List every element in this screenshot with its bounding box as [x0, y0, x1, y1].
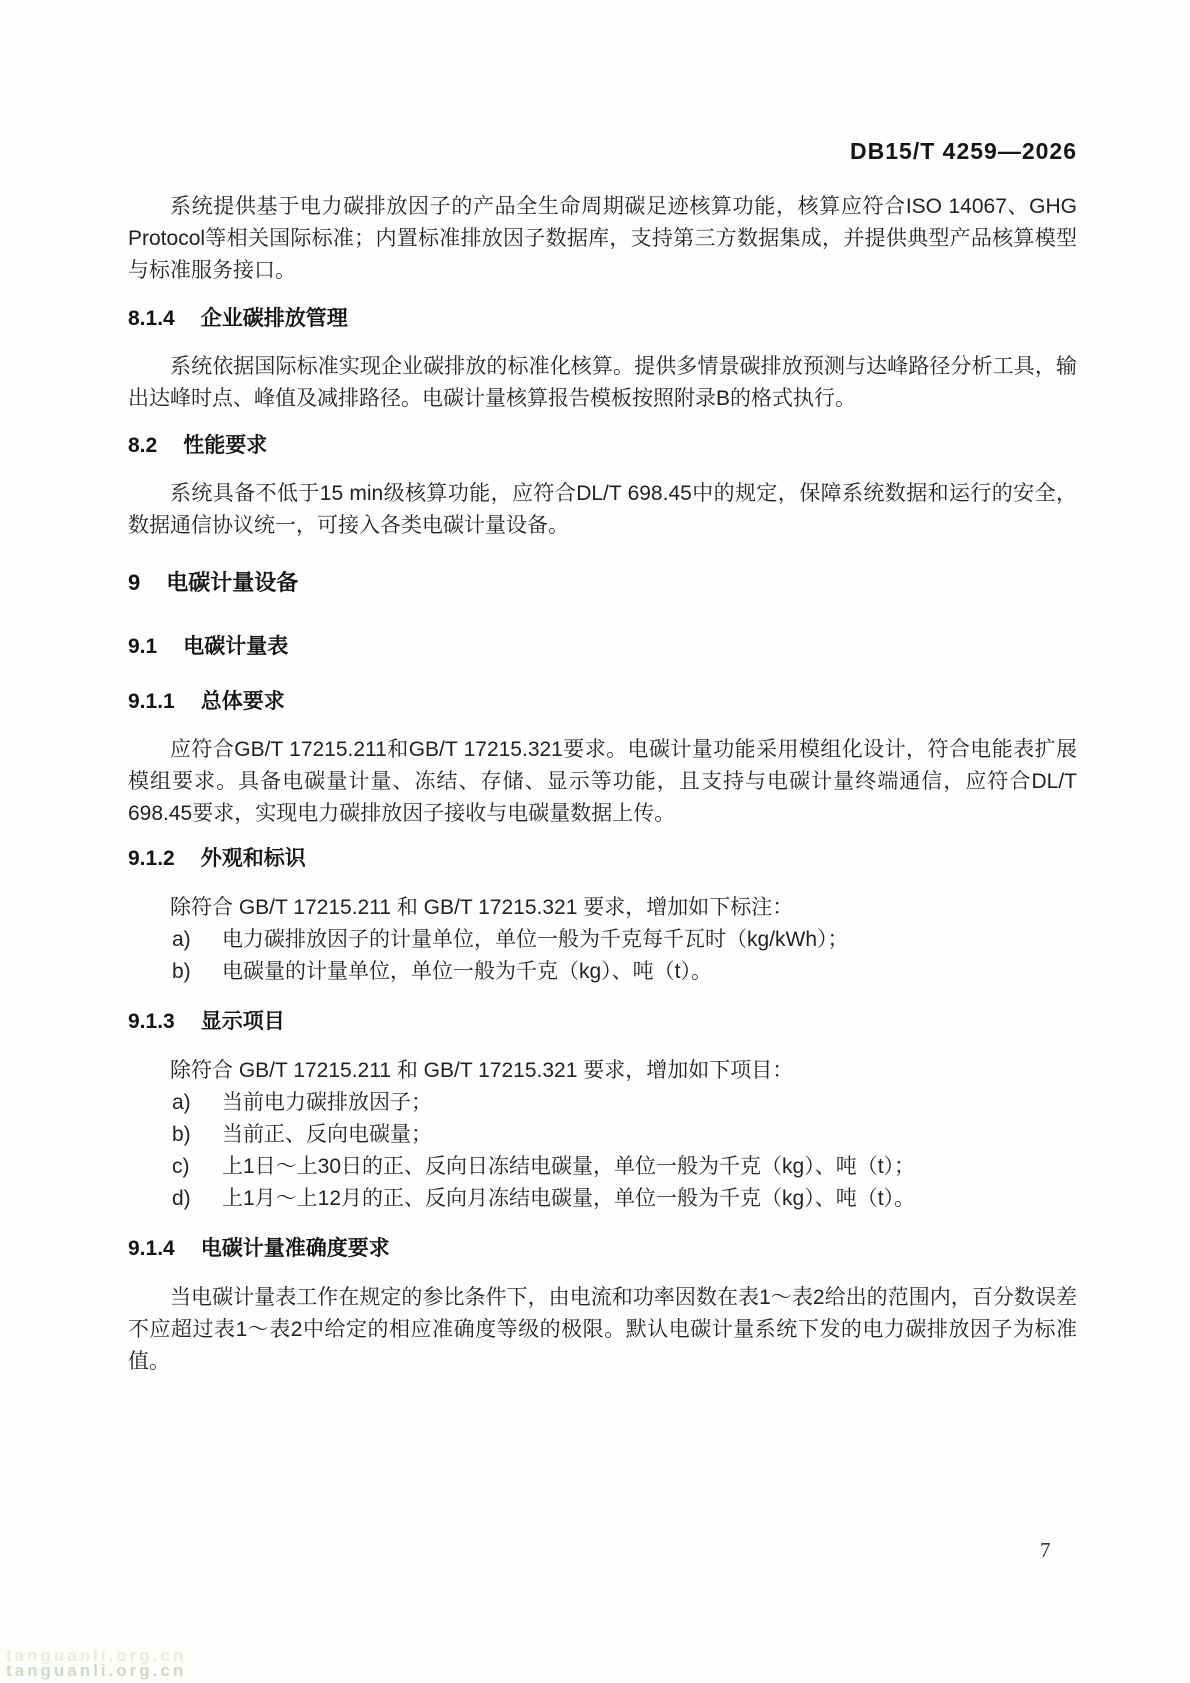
- list-item-label: b): [172, 956, 222, 988]
- watermark: tanguanli.org.cn: [6, 1661, 186, 1681]
- document-code-header: DB15/T 4259—2026: [128, 140, 1077, 163]
- list-item: d)上1月～上12月的正、反向月冻结电碳量，单位一般为千克（kg）、吨（t）。: [128, 1183, 1077, 1215]
- section-heading-8-2: 8.2性能要求: [128, 434, 1077, 458]
- list-item-text: 电力碳排放因子的计量单位，单位一般为千克每千瓦时（kg/kWh）；: [222, 928, 849, 951]
- list-item-text: 当前电力碳排放因子；: [222, 1091, 432, 1114]
- paragraph: 应符合GB/T 17215.211和GB/T 17215.321要求。电碳计量功…: [128, 734, 1077, 830]
- heading-title: 电碳计量表: [183, 635, 288, 658]
- list-item-text: 上1日～上30日的正、反向日冻结电碳量，单位一般为千克（kg）、吨（t）；: [222, 1155, 915, 1178]
- heading-title: 性能要求: [183, 434, 267, 457]
- heading-title: 电碳计量准确度要求: [201, 1237, 390, 1260]
- section-heading-8-1-4: 8.1.4企业碳排放管理: [128, 307, 1077, 331]
- heading-title: 总体要求: [201, 690, 285, 713]
- list-item-label: a): [172, 924, 222, 956]
- heading-title: 企业碳排放管理: [201, 307, 348, 330]
- list-item-label: a): [172, 1087, 222, 1119]
- list-item: b)电碳量的计量单位，单位一般为千克（kg）、吨（t）。: [128, 956, 1077, 988]
- list-item-text: 当前正、反向电碳量；: [222, 1123, 432, 1146]
- heading-title: 外观和标识: [201, 847, 306, 870]
- section-heading-9-1-1: 9.1.1总体要求: [128, 690, 1077, 714]
- heading-number: 8.1.4: [128, 307, 175, 330]
- list-item: a)当前电力碳排放因子；: [128, 1087, 1077, 1119]
- list-lead-sentence: 除符合 GB/T 17215.211 和 GB/T 17215.321 要求，增…: [128, 892, 1077, 924]
- list-item-label: b): [172, 1119, 222, 1151]
- heading-title: 显示项目: [201, 1010, 285, 1033]
- heading-title: 电碳计量设备: [166, 570, 298, 595]
- heading-number: 9: [128, 570, 140, 595]
- list-item: b)当前正、反向电碳量；: [128, 1119, 1077, 1151]
- page-number: 7: [1040, 1538, 1051, 1563]
- list-item-text: 上1月～上12月的正、反向月冻结电碳量，单位一般为千克（kg）、吨（t）。: [222, 1187, 915, 1210]
- heading-number: 9.1.3: [128, 1010, 175, 1033]
- heading-number: 9.1: [128, 635, 157, 658]
- heading-number: 9.1.2: [128, 847, 175, 870]
- document-page: DB15/T 4259—2026 系统提供基于电力碳排放因子的产品全生命周期碳足…: [0, 0, 1190, 1683]
- heading-number: 8.2: [128, 434, 157, 457]
- list-lead-sentence: 除符合 GB/T 17215.211 和 GB/T 17215.321 要求，增…: [128, 1055, 1077, 1087]
- heading-number: 9.1.4: [128, 1237, 175, 1260]
- list-item-text: 电碳量的计量单位，单位一般为千克（kg）、吨（t）。: [222, 960, 712, 983]
- paragraph: 系统具备不低于15 min级核算功能，应符合DL/T 698.45中的规定，保障…: [128, 478, 1077, 542]
- section-heading-9-1-2: 9.1.2外观和标识: [128, 847, 1077, 871]
- section-heading-9-1-3: 9.1.3显示项目: [128, 1010, 1077, 1034]
- list-item: c)上1日～上30日的正、反向日冻结电碳量，单位一般为千克（kg）、吨（t）；: [128, 1151, 1077, 1183]
- paragraph: 系统依据国际标准实现企业碳排放的标准化核算。提供多情景碳排放预测与达峰路径分析工…: [128, 351, 1077, 415]
- paragraph: 系统提供基于电力碳排放因子的产品全生命周期碳足迹核算功能，核算应符合ISO 14…: [128, 191, 1077, 287]
- paragraph: 当电碳计量表工作在规定的参比条件下，由电流和功率因数在表1～表2给出的范围内，百…: [128, 1282, 1077, 1378]
- section-heading-9-1: 9.1电碳计量表: [128, 635, 1077, 659]
- list-item: a)电力碳排放因子的计量单位，单位一般为千克每千瓦时（kg/kWh）；: [128, 924, 1077, 956]
- chapter-heading-9: 9电碳计量设备: [128, 571, 1077, 595]
- list-item-label: c): [172, 1151, 222, 1183]
- section-heading-9-1-4: 9.1.4电碳计量准确度要求: [128, 1237, 1077, 1261]
- heading-number: 9.1.1: [128, 690, 175, 713]
- list-item-label: d): [172, 1183, 222, 1215]
